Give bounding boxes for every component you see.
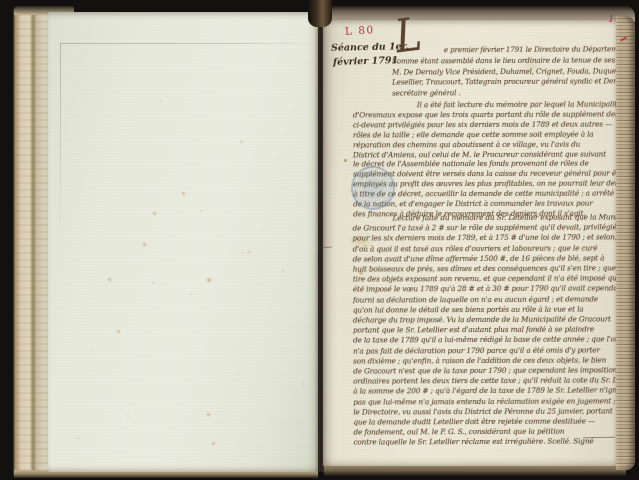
foxing-spot [153,212,156,215]
foxing-spot [190,293,192,295]
manuscript-paragraph: e premier février 1791 le Directoire du … [392,44,618,99]
foxing-spot [200,210,202,212]
foxing-spot [77,437,79,439]
right-page-manuscript: L 80 1 Séance du 1er. février 1791 L e p… [323,20,617,466]
archival-cote-red: L 80 [345,24,375,38]
foxing-spot [143,243,146,246]
page-impression-line-vertical [60,43,61,248]
manuscript-paragraph: Lecture faite du mémoire du Sr. Letellie… [352,212,619,448]
foxing-spot [242,252,244,254]
manuscript-scan: L 80 1 Séance du 1er. février 1791 L e p… [0,0,639,480]
foxing-spot [160,100,162,102]
manuscript-paragraph: Il a été fait lecture du mémoire par leq… [353,100,619,220]
book-fore-edge [616,16,635,470]
page-impression-line-horizontal [60,43,318,44]
foxing-spot [240,140,243,143]
manuscript-line: été imposé le vœu 1789 qu'à 28 # et à 30… [353,284,619,295]
foxing-spot [212,442,215,445]
manuscript-line: Lesellier, Traucourt, Tattegrain procure… [392,77,618,89]
paper-stain [344,159,347,162]
foxing-spot [207,278,211,282]
foxing-spot [90,350,92,352]
manuscript-line: à la somme de 200 # ; qu'à l'égard de la… [353,386,619,397]
manuscript-line: ci-devant privilégiés pour les six derni… [353,119,619,130]
foxing-spot [247,250,251,254]
foxing-spot [282,270,284,272]
manuscript-line: que la demande dudit Letellier doit être… [353,416,619,427]
manuscript-line: d'Oresmaux expose que les trois quarts p… [353,109,619,120]
manuscript-line: réparation des chemins qui aboutissent à… [353,139,619,150]
margin-session-date-line2: février 1791 [333,55,398,68]
foxing-spot [117,330,120,333]
folio-number: 1 [608,14,614,25]
foxing-spot [182,192,185,195]
binding-gutter [315,8,326,472]
foxing-spot [108,278,111,281]
manuscript-line: contre laquelle le Sr. Letellier réclame… [353,437,619,448]
foxing-spot [127,415,129,417]
manuscript-line: pour les six derniers mois de 1789, et à… [353,233,619,244]
foxing-spot [302,383,304,385]
binding-headband [308,0,332,27]
foxing-spot [207,413,210,416]
manuscript-line: Somme étant assemblé dans le lieu ordina… [392,55,618,67]
foxing-spot [152,282,154,284]
book-cover-left-edge [13,7,49,477]
left-page-blank [48,12,318,472]
manuscript-line: rôles de la taille ; elle demande que ce… [353,129,619,140]
manuscript-line: secrétaire général . [392,88,618,100]
manuscript-line: de la taxe de 1789 qu'il a lui-même rédi… [353,335,619,346]
